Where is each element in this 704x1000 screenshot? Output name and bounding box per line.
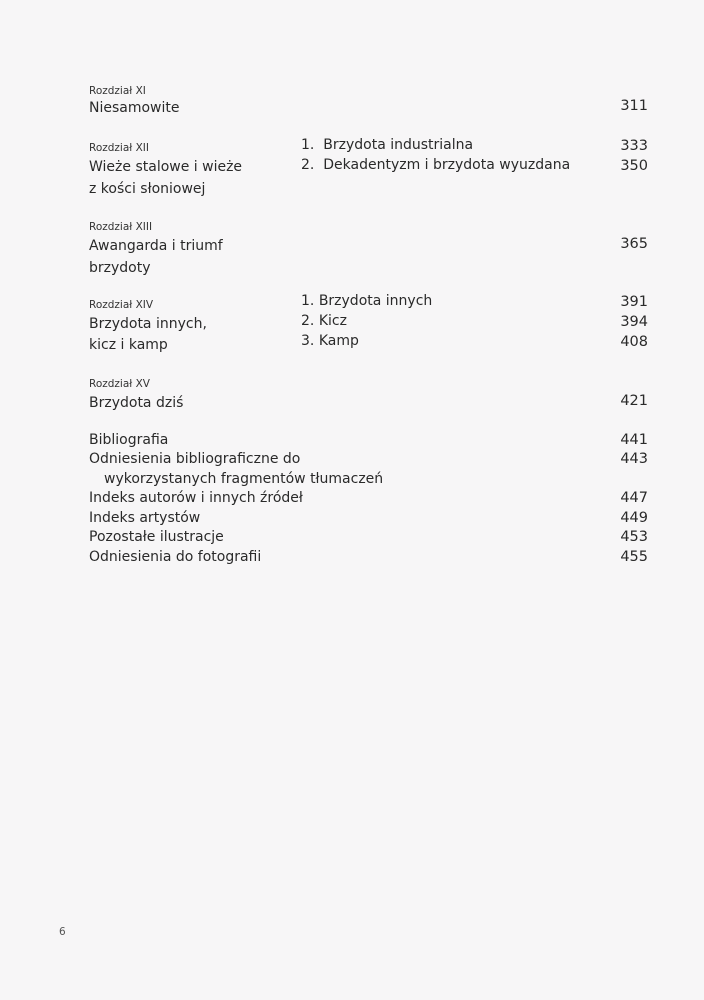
back-matter-entry: Indeks artystów [89, 510, 200, 526]
page-number: 449 [620, 510, 648, 526]
section-title: Brzydota innych [319, 293, 432, 309]
page-number: 350 [620, 158, 648, 174]
section-entry: 2. Dekadentyzm i brzydota wyuzdana [301, 157, 570, 173]
section-number: 2. [301, 157, 314, 173]
back-matter-entry: Pozostałe ilustracje [89, 529, 224, 545]
toc-page: Rozdział XI Niesamowite 311 Rozdział XII… [0, 0, 704, 1000]
chapter-label: Rozdział XIII [89, 221, 152, 233]
page-number: 311 [620, 98, 648, 114]
back-matter-entry: Bibliografia [89, 432, 168, 448]
page-number: 447 [620, 490, 648, 506]
page-number: 408 [620, 334, 648, 350]
chapter-title: Awangarda i triumf [89, 236, 223, 256]
page-number: 453 [620, 529, 648, 545]
chapter-title: Brzydota innych, [89, 314, 207, 334]
section-number: 1. [301, 293, 314, 309]
section-entry: 1. Brzydota innych [301, 293, 432, 309]
back-matter-continuation: wykorzystanych fragmentów tłumaczeń [104, 471, 383, 487]
chapter-title: Brzydota dziś [89, 393, 183, 413]
section-number: 2. [301, 313, 314, 329]
page-number: 443 [620, 451, 648, 467]
section-title: Kicz [319, 313, 347, 329]
back-matter-entry: Odniesienia do fotografii [89, 549, 261, 565]
page-number: 441 [620, 432, 648, 448]
section-entry: 1. Brzydota industrialna [301, 137, 473, 153]
section-entry: 3. Kamp [301, 333, 359, 349]
folio-page-number: 6 [59, 926, 66, 938]
back-matter-entry: Indeks autorów i innych źródeł [89, 490, 303, 506]
chapter-label: Rozdział XII [89, 142, 149, 154]
page-number: 391 [620, 294, 648, 310]
section-entry: 2. Kicz [301, 313, 347, 329]
section-title: Kamp [319, 333, 359, 349]
page-number: 394 [620, 314, 648, 330]
chapter-label: Rozdział XV [89, 378, 150, 390]
page-number: 455 [620, 549, 648, 565]
page-number: 421 [620, 393, 648, 409]
chapter-title: Wieże stalowe i wieże [89, 157, 242, 177]
page-number: 365 [620, 236, 648, 252]
chapter-title: brzydoty [89, 258, 151, 278]
chapter-title: Niesamowite [89, 98, 180, 118]
section-title: Dekadentyzm i brzydota wyuzdana [323, 157, 570, 173]
section-number: 1. [301, 137, 314, 153]
back-matter-entry: Odniesienia bibliograficzne do [89, 451, 300, 467]
chapter-label: Rozdział XI [89, 85, 146, 97]
section-number: 3. [301, 333, 314, 349]
chapter-label: Rozdział XIV [89, 299, 153, 311]
page-number: 333 [620, 138, 648, 154]
chapter-title: kicz i kamp [89, 335, 168, 355]
chapter-title: z kości słoniowej [89, 179, 205, 199]
section-title: Brzydota industrialna [323, 137, 473, 153]
